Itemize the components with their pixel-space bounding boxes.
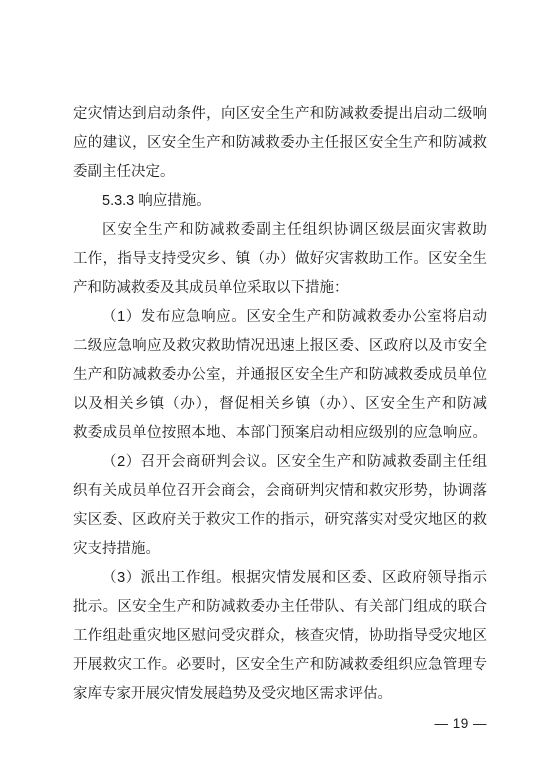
page-number: — 19 — [73, 714, 487, 734]
text-line: 开展救灾工作。必要时，区安全生产和防减救委组织应急管理专 [73, 651, 487, 680]
text-line: 灾支持措施。 [73, 535, 487, 564]
text-line: 定灾情达到启动条件，向区安全生产和防减救委提出启动二级响 [73, 100, 487, 129]
text-line: 生产和防减救委办公室，并通报区安全生产和防减救委成员单位 [73, 361, 487, 390]
text-line: 家库专家开展灾情发展趋势及受灾地区需求评估。 [73, 680, 487, 709]
document-body: 定灾情达到启动条件，向区安全生产和防减救委提出启动二级响 应的建议，区安全生产和… [73, 100, 487, 709]
text-line: 二级应急响应及救灾救助情况迅速上报区委、区政府以及市安全 [73, 332, 487, 361]
text-line: 工作组赴重灾地区慰问受灾群众，核查灾情，协助指导受灾地区 [73, 622, 487, 651]
text-line: 委副主任决定。 [73, 158, 487, 187]
text-line: （2）召开会商研判会议。区安全生产和防减救委副主任组 [73, 448, 487, 477]
section-heading: 5.3.3 响应措施。 [73, 187, 487, 216]
text-line: 区安全生产和防减救委副主任组织协调区级层面灾害救助 [73, 216, 487, 245]
text-line: 应的建议，区安全生产和防减救委办主任报区安全生产和防减救 [73, 129, 487, 158]
text-line: （3）派出工作组。根据灾情发展和区委、区政府领导指示 [73, 564, 487, 593]
text-line: （1）发布应急响应。区安全生产和防减救委办公室将启动 [73, 303, 487, 332]
text-line: 织有关成员单位召开会商会，会商研判灾情和救灾形势，协调落 [73, 477, 487, 506]
text-line: 工作，指导支持受灾乡、镇（办）做好灾害救助工作。区安全生 [73, 245, 487, 274]
text-line: 以及相关乡镇（办），督促相关乡镇（办）、区安全生产和防减 [73, 390, 487, 419]
document-page: 定灾情达到启动条件，向区安全生产和防减救委提出启动二级响 应的建议，区安全生产和… [0, 0, 554, 784]
text-line: 批示。区安全生产和防减救委办主任带队、有关部门组成的联合 [73, 593, 487, 622]
text-line: 救委成员单位按照本地、本部门预案启动相应级别的应急响应。 [73, 419, 487, 448]
text-line: 产和防减救委及其成员单位采取以下措施： [73, 274, 487, 303]
text-line: 实区委、区政府关于救灾工作的指示，研究落实对受灾地区的救 [73, 506, 487, 535]
